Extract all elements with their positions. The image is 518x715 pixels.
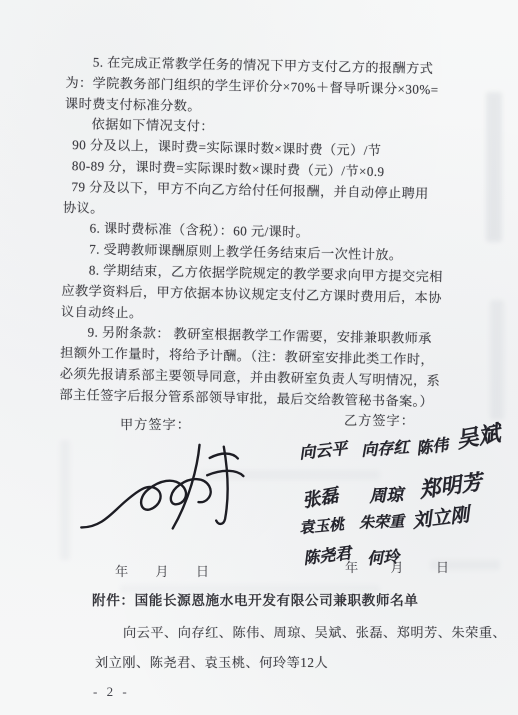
party-b-signature: 张磊 <box>300 481 340 513</box>
date-year-label: 年 <box>115 561 129 580</box>
date-day-label: 日 <box>196 561 210 580</box>
date-month-label: 月 <box>390 557 404 576</box>
scanned-contract-page: 5. 在完成正常教学任务的情况下甲方支付乙方的报酬方式 为：学院教务部门组织的学… <box>0 0 518 715</box>
party-b-date-row: 年 月 日 <box>345 557 450 576</box>
party-b-signature: 郑明芳 <box>417 466 484 504</box>
attachment-names-line: 向云平、向存红、陈伟、周琼、吴斌、张磊、郑明芳、朱荣重、 <box>123 622 506 641</box>
party-b-signature: 吴斌 <box>454 416 503 454</box>
contract-clauses: 5. 在完成正常教学任务的情况下甲方支付乙方的报酬方式 为：学院教务部门组织的学… <box>0 51 518 414</box>
date-year-label: 年 <box>345 557 359 576</box>
party-b-signature: 袁玉桃 <box>298 513 345 538</box>
party-b-signature: 向存红 <box>360 434 410 460</box>
party-b-signature-label: 乙方签字： <box>344 410 415 429</box>
party-a-signature-label: 甲方签字： <box>120 414 191 433</box>
party-b-signature: 向云平 <box>298 436 348 464</box>
party-b-signature: 周琼 <box>368 480 403 507</box>
page-number: - 2 - <box>93 684 130 700</box>
attachment-names-line: 刘立刚、陈尧君、袁玉桃、何玲等12人 <box>95 652 328 671</box>
date-month-label: 月 <box>155 561 169 580</box>
attachment-title: 附件：国能长源恩施水电开发有限公司兼职教师名单 <box>92 589 418 609</box>
party-a-date-row: 年 月 日 <box>115 561 210 580</box>
party-b-signature: 朱荣重 <box>359 510 405 533</box>
date-day-label: 日 <box>436 557 450 576</box>
party-a-signature <box>68 428 261 544</box>
party-b-signature: 陈伟 <box>415 432 450 459</box>
party-b-signature: 刘立刚 <box>411 500 471 534</box>
